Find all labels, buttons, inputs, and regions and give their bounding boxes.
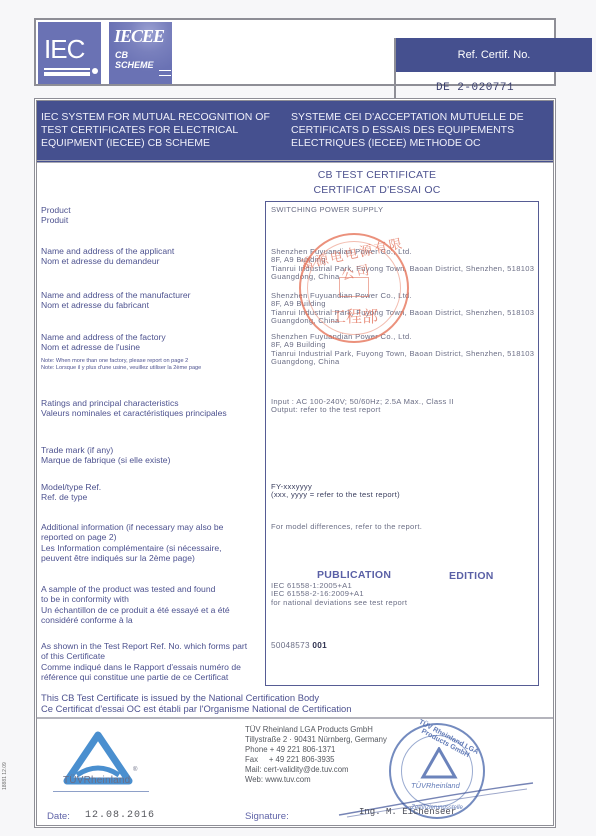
ratings-label-fr: Valeurs nominales et caractéristiques pr… [41,408,251,418]
applicant-label-en: Name and address of the applicant [41,246,251,256]
test-report-label-en: of this Certificate [41,651,251,661]
additional-label-fr: Les Information complémentaire (si néces… [41,543,251,553]
certificate-body: IEC SYSTEM FOR MUTUAL RECOGNITION OF TES… [34,98,556,828]
model-line: (xxx, yyyy = refer to the test report) [271,491,541,499]
seal-top-text: TÜV Rheinland LGA Products GmbH [408,715,485,765]
signature-label: Signature: [245,811,289,822]
additional-info-label: Additional information (if necessary may… [41,522,251,564]
applicant-value: Shenzhen Fuyuandian Power Co., Ltd. 8F, … [271,248,541,282]
test-report-label-fr: Comme indiqué dans le Rapport d'essais n… [41,662,251,672]
trademark-label: Trade mark (if any) Marque de fabrique (… [41,445,251,466]
date-value: 12.08.2016 [85,810,155,821]
publication-header: PUBLICATION [317,569,391,581]
date-label: Date: [47,811,70,822]
ratings-label-en: Ratings and principal characteristics [41,398,251,408]
factory-note-fr: Note: Lorsque il y plus d'une usine, veu… [41,365,251,372]
conformity-label-en: A sample of the product was tested and f… [41,584,251,594]
mail-line: Mail: cert-validity@de.tuv.com [245,765,387,775]
ref-certif-label: Ref. Certif. No. [396,38,592,72]
certification-body-footer: ® TÜVRheinland TÜV Rheinland LGA Product… [37,717,553,825]
trademark-label-fr: Marque de fabrique (si elle existe) [41,455,251,465]
test-report-suffix: 001 [312,641,327,650]
factory-label: Name and address of the factory Nom et a… [41,332,251,353]
issued-by-fr: Ce Certificat d'essai OC est établi par … [41,704,351,715]
iecee-logo-bars-icon [159,70,171,76]
banner-french: SYSTEME CEI D'ACCEPTATION MUTUELLE DE CE… [291,111,551,150]
model-label: Model/type Ref. Ref. de type [41,482,251,503]
reference-certificate-box: Ref. Certif. No. DE 2-020771 [394,38,592,106]
form-code: 18881 12.09 [2,762,8,790]
publication-value: IEC 61558-1:2005+A1 IEC 61558-2-16:2009+… [271,582,541,607]
product-value: SWITCHING POWER SUPPLY [271,206,541,214]
iec-logo-bars-icon [44,68,90,76]
fax-line: Fax + 49 221 806-3935 [245,755,387,765]
cb-scheme-logo-text: CBSCHEME [115,50,154,70]
additional-label-en: Additional information (if necessary may… [41,522,251,532]
model-label-en: Model/type Ref. [41,482,251,492]
test-report-main: 50048573 [271,641,310,650]
iecee-logo-text: IECEE [114,26,164,47]
factory-note-en: Note: When more than one factory, please… [41,358,251,365]
ref-certif-number: DE 2-020771 [436,82,514,94]
address-line: TÜV Rheinland LGA Products GmbH [245,725,387,735]
manufacturer-label-en: Name and address of the manufacturer [41,290,251,300]
ratings-label: Ratings and principal characteristics Va… [41,398,251,419]
tuv-logo-text: TÜVRheinland [63,775,130,786]
manufacturer-value: Shenzhen Fuyuandian Power Co., Ltd. 8F, … [271,292,541,326]
test-report-label-en: As shown in the Test Report Ref. No. whi… [41,641,251,651]
signatory-name: Ing. M. Eichenseer [359,807,456,817]
model-value: FY-xxxyyyy (xxx, yyyy = refer to the tes… [271,483,541,500]
model-label-fr: Ref. de type [41,492,251,502]
conformity-label-fr: Un échantillon de ce produit a été essay… [41,605,251,615]
banner-english: IEC SYSTEM FOR MUTUAL RECOGNITION OF TES… [41,111,281,150]
scheme-banner: IEC SYSTEM FOR MUTUAL RECOGNITION OF TES… [37,101,553,163]
certificate-header: IEC IECEE CBSCHEME Ref. Certif. No. DE 2… [34,18,556,86]
iec-logo-dot-icon [92,68,98,74]
product-label-fr: Produit [41,215,251,225]
factory-label-fr: Nom et adresse de l'usine [41,342,251,352]
applicant-label: Name and address of the applicant Nom et… [41,246,251,267]
manufacturer-label: Name and address of the manufacturer Nom… [41,290,251,311]
scheme-text: SCHEME [115,60,154,70]
edition-header: EDITION [449,570,494,582]
factory-note: Note: When more than one factory, please… [41,358,251,372]
ratings-line: Output: refer to the test report [271,406,541,414]
iec-logo: IEC [38,22,101,84]
conformity-label-fr: considéré conforme à la [41,615,251,625]
publication-line: for national deviations see test report [271,599,541,607]
issued-by-en: This CB Test Certificate is issued by th… [41,693,351,704]
additional-label-en: reported on page 2) [41,532,251,542]
seal-triangle-icon [419,747,459,781]
test-report-label: As shown in the Test Report Ref. No. whi… [41,641,251,683]
iec-logo-text: IEC [44,34,84,65]
applicant-line: Guangdong, China [271,273,541,281]
product-label: Product Produit [41,205,251,226]
issued-by-statement: This CB Test Certificate is issued by th… [41,693,351,714]
additional-label-fr: peuvent être indiqués sur la 2ème page) [41,553,251,563]
iecee-cb-scheme-logo: IECEE CBSCHEME [109,22,172,84]
additional-info-value: For model differences, refer to the repo… [271,523,541,531]
manufacturer-label-fr: Nom et adresse du fabricant [41,300,251,310]
manufacturer-line: Guangdong, China [271,317,541,325]
cb-text: CB [115,50,128,60]
phone-line: Phone + 49 221 806-1371 [245,745,387,755]
ratings-value: Input : AC 100-240V; 50/60Hz; 2.5A Max.,… [271,398,541,415]
address-line: Tillystraße 2 · 90431 Nürnberg, Germany [245,735,387,745]
test-report-label-fr: référence qui constitue une partie de ce… [41,672,251,682]
product-label-en: Product [41,205,251,215]
conformity-label-en: to be in conformity with [41,594,251,604]
certificate-title-fr: CERTIFICAT D'ESSAI OC [277,184,477,196]
certificate-title-en: CB TEST CERTIFICATE [277,169,477,181]
factory-value: Shenzhen Fuyuandian Power Co., Ltd. 8F, … [271,333,541,367]
test-report-number: 50048573 001 [271,642,541,650]
certification-body-address: TÜV Rheinland LGA Products GmbH Tillystr… [245,725,387,785]
applicant-label-fr: Nom et adresse du demandeur [41,256,251,266]
factory-label-en: Name and address of the factory [41,332,251,342]
logo-separator [101,22,109,84]
tuv-logo-underline [53,791,149,792]
factory-line: Guangdong, China [271,358,541,366]
conformity-label: A sample of the product was tested and f… [41,584,251,626]
tuv-registered-mark: ® [133,767,137,773]
trademark-label-en: Trade mark (if any) [41,445,251,455]
